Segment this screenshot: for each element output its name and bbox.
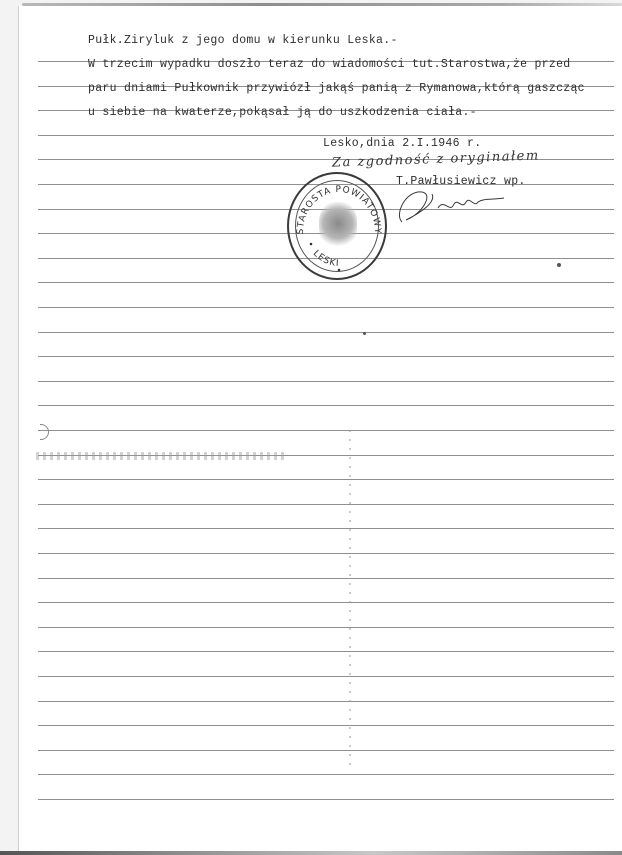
svg-text:STAROSTA POWIATOWY: STAROSTA POWIATOWY <box>296 185 382 235</box>
speck <box>557 263 561 267</box>
ruled-line <box>38 332 614 333</box>
ruled-line <box>38 381 614 382</box>
ruled-line <box>38 578 614 579</box>
ruled-line <box>38 651 614 652</box>
speck <box>363 332 366 335</box>
body-line-1: Pułk.Ziryluk z jego domu w kierunku Lesk… <box>88 34 398 48</box>
seal-text-icon: STAROSTA POWIATOWY LESKI <box>289 174 389 282</box>
faded-text-smudge <box>36 452 286 460</box>
ruled-line <box>38 553 614 554</box>
ruled-line <box>38 774 614 775</box>
ruled-line <box>38 282 614 283</box>
ruled-line <box>38 676 614 677</box>
ruled-line <box>38 528 614 529</box>
ruled-line <box>38 135 614 136</box>
official-seal: STAROSTA POWIATOWY LESKI <box>287 172 387 280</box>
ruled-line <box>38 602 614 603</box>
ruled-line <box>38 701 614 702</box>
ruled-line <box>38 405 614 406</box>
page-top-edge <box>22 3 622 6</box>
place-date: Lesko,dnia 2.I.1946 r. <box>323 137 481 151</box>
ruled-line <box>38 479 614 480</box>
body-line-2: W trzecim wypadku doszło teraz do wiadom… <box>88 58 570 72</box>
ruled-line <box>38 504 614 505</box>
ruled-line <box>38 430 614 431</box>
body-line-3: paru dniami Pułkownik przywiózł jakąś pa… <box>88 82 585 96</box>
fold-crease <box>349 430 351 770</box>
svg-text:LESKI: LESKI <box>311 249 340 269</box>
handwritten-signature-icon <box>392 184 512 228</box>
ruled-line <box>38 356 614 357</box>
ruled-line <box>38 307 614 308</box>
ruled-line <box>38 627 614 628</box>
page-bottom-edge <box>0 851 622 855</box>
body-line-4: u siebie na kwaterze,pokąsał ją do uszko… <box>88 106 477 120</box>
ruled-line <box>38 799 614 800</box>
ruled-line <box>38 750 614 751</box>
ruled-line <box>38 725 614 726</box>
